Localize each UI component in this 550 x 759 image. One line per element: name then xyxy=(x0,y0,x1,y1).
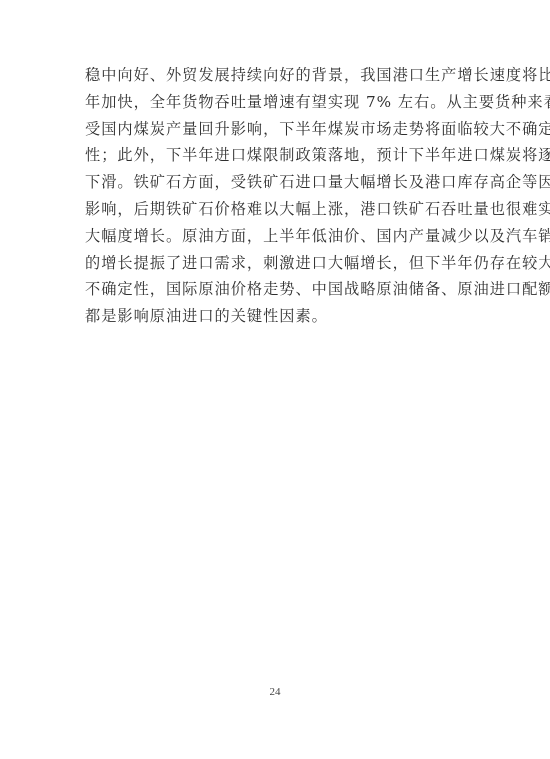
paragraph-line: 都是影响原油进口的关键性因素。 xyxy=(85,303,470,330)
paragraph-line: 性；此外，下半年进口煤限制政策落地，预计下半年进口煤炭将逐步 xyxy=(85,142,470,169)
page-number: 24 xyxy=(0,686,550,698)
paragraph-line: 下滑。铁矿石方面，受铁矿石进口量大幅增长及港口库存高企等因素 xyxy=(85,169,470,196)
body-paragraph: 稳中向好、外贸发展持续向好的背景，我国港口生产增长速度将比去 年加快，全年货物吞… xyxy=(85,62,470,330)
paragraph-line: 年加快，全年货物吞吐量增速有望实现 7% 左右。从主要货种来看， xyxy=(85,89,470,116)
paragraph-line: 受国内煤炭产量回升影响，下半年煤炭市场走势将面临较大不确定 xyxy=(85,116,470,143)
paragraph-line: 不确定性，国际原油价格走势、中国战略原油储备、原油进口配额等 xyxy=(85,276,470,303)
paragraph-line: 的增长提振了进口需求，刺激进口大幅增长，但下半年仍存在较大的 xyxy=(85,250,470,277)
document-page: 稳中向好、外贸发展持续向好的背景，我国港口生产增长速度将比去 年加快，全年货物吞… xyxy=(0,0,550,759)
paragraph-line: 稳中向好、外贸发展持续向好的背景，我国港口生产增长速度将比去 xyxy=(85,62,470,89)
paragraph-line: 影响，后期铁矿石价格难以大幅上涨，港口铁矿石吞吐量也很难实现 xyxy=(85,196,470,223)
paragraph-line: 大幅度增长。原油方面，上半年低油价、国内产量减少以及汽车销售 xyxy=(85,223,470,250)
